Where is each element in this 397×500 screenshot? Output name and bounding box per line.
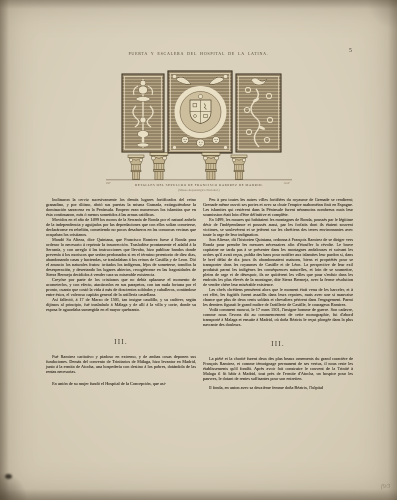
scan-blemish (5, 474, 12, 479)
french-paragraph-4: Les chefs chrétiens pensèrent alors que … (203, 287, 353, 307)
french-paragraph-1: Peu à peu toutes les autres villes forti… (203, 197, 353, 217)
section-heading-french: III. (203, 340, 353, 348)
spanish-paragraph-5: Así falleció, á 17 de Marzo de 1501, tan… (46, 297, 196, 312)
french-paragraph-2: En 1499, les maures qui habitaient les m… (203, 217, 353, 237)
spanish-paragraph-2: Movidos en el año de 1499 los moros de l… (46, 217, 196, 237)
column-capitals (128, 153, 247, 180)
scanned-book-page: PUERTA Y ESCALERA DEL HOSPITAL DE LA LAT… (0, 0, 397, 500)
spanish-paragraph-6: Fué Ramirez caritativo y piadoso en extr… (46, 354, 196, 374)
column-french: Peu à peu toutes les autres villes forti… (203, 197, 353, 390)
plate-caption: DETALLES DEL SEPULCRO DE FRANCISCO RAMIR… (104, 183, 294, 187)
section-heading-spanish: III. (46, 338, 196, 346)
french-paragraph-3: Son Altesse, dit l'historien Quintana, o… (203, 237, 353, 287)
text-columns: Inclinaron la cerviz sucesivamente los d… (46, 197, 353, 390)
spanish-paragraph-3: Mandó Su Alteza, dice Quintana, que Fran… (46, 237, 196, 277)
tomb-relief-engraving: Dibº Grabº DETALLES DEL SEPULCRO DE FRAN… (104, 66, 294, 196)
plate-subcaption: (Museo Arqueológico Nacional.) (104, 189, 294, 192)
column-spanish: Inclinaron la cerviz sucesivamente los d… (46, 197, 196, 390)
page-number: 5 (349, 48, 352, 54)
spanish-catchline: En unión de su mujer fundó el Hospital d… (46, 381, 196, 386)
ground-line (106, 180, 292, 181)
french-paragraph-5: Voilà comment mourut, le 17 mars 1501, l… (203, 307, 353, 327)
spanish-paragraph-4: Creyóse por parte de los cristianos que … (46, 277, 196, 297)
relief-panel-center (168, 71, 232, 153)
french-paragraph-6: La piété et la charité furent deux des p… (203, 356, 353, 381)
coat-of-arms (190, 100, 211, 124)
running-head-title: PUERTA Y ESCALERA DEL HOSPITAL DE LA LAT… (46, 51, 351, 56)
relief-panel-left (122, 74, 164, 152)
french-catchline: Il fonda, en union avec sa deuxième femm… (203, 385, 353, 390)
pencil-corner-mark: f9/3 (381, 484, 391, 490)
engraving-image (104, 66, 294, 196)
spanish-paragraph-1: Inclinaron la cerviz sucesivamente los d… (46, 197, 196, 217)
relief-panel-right (236, 74, 281, 152)
